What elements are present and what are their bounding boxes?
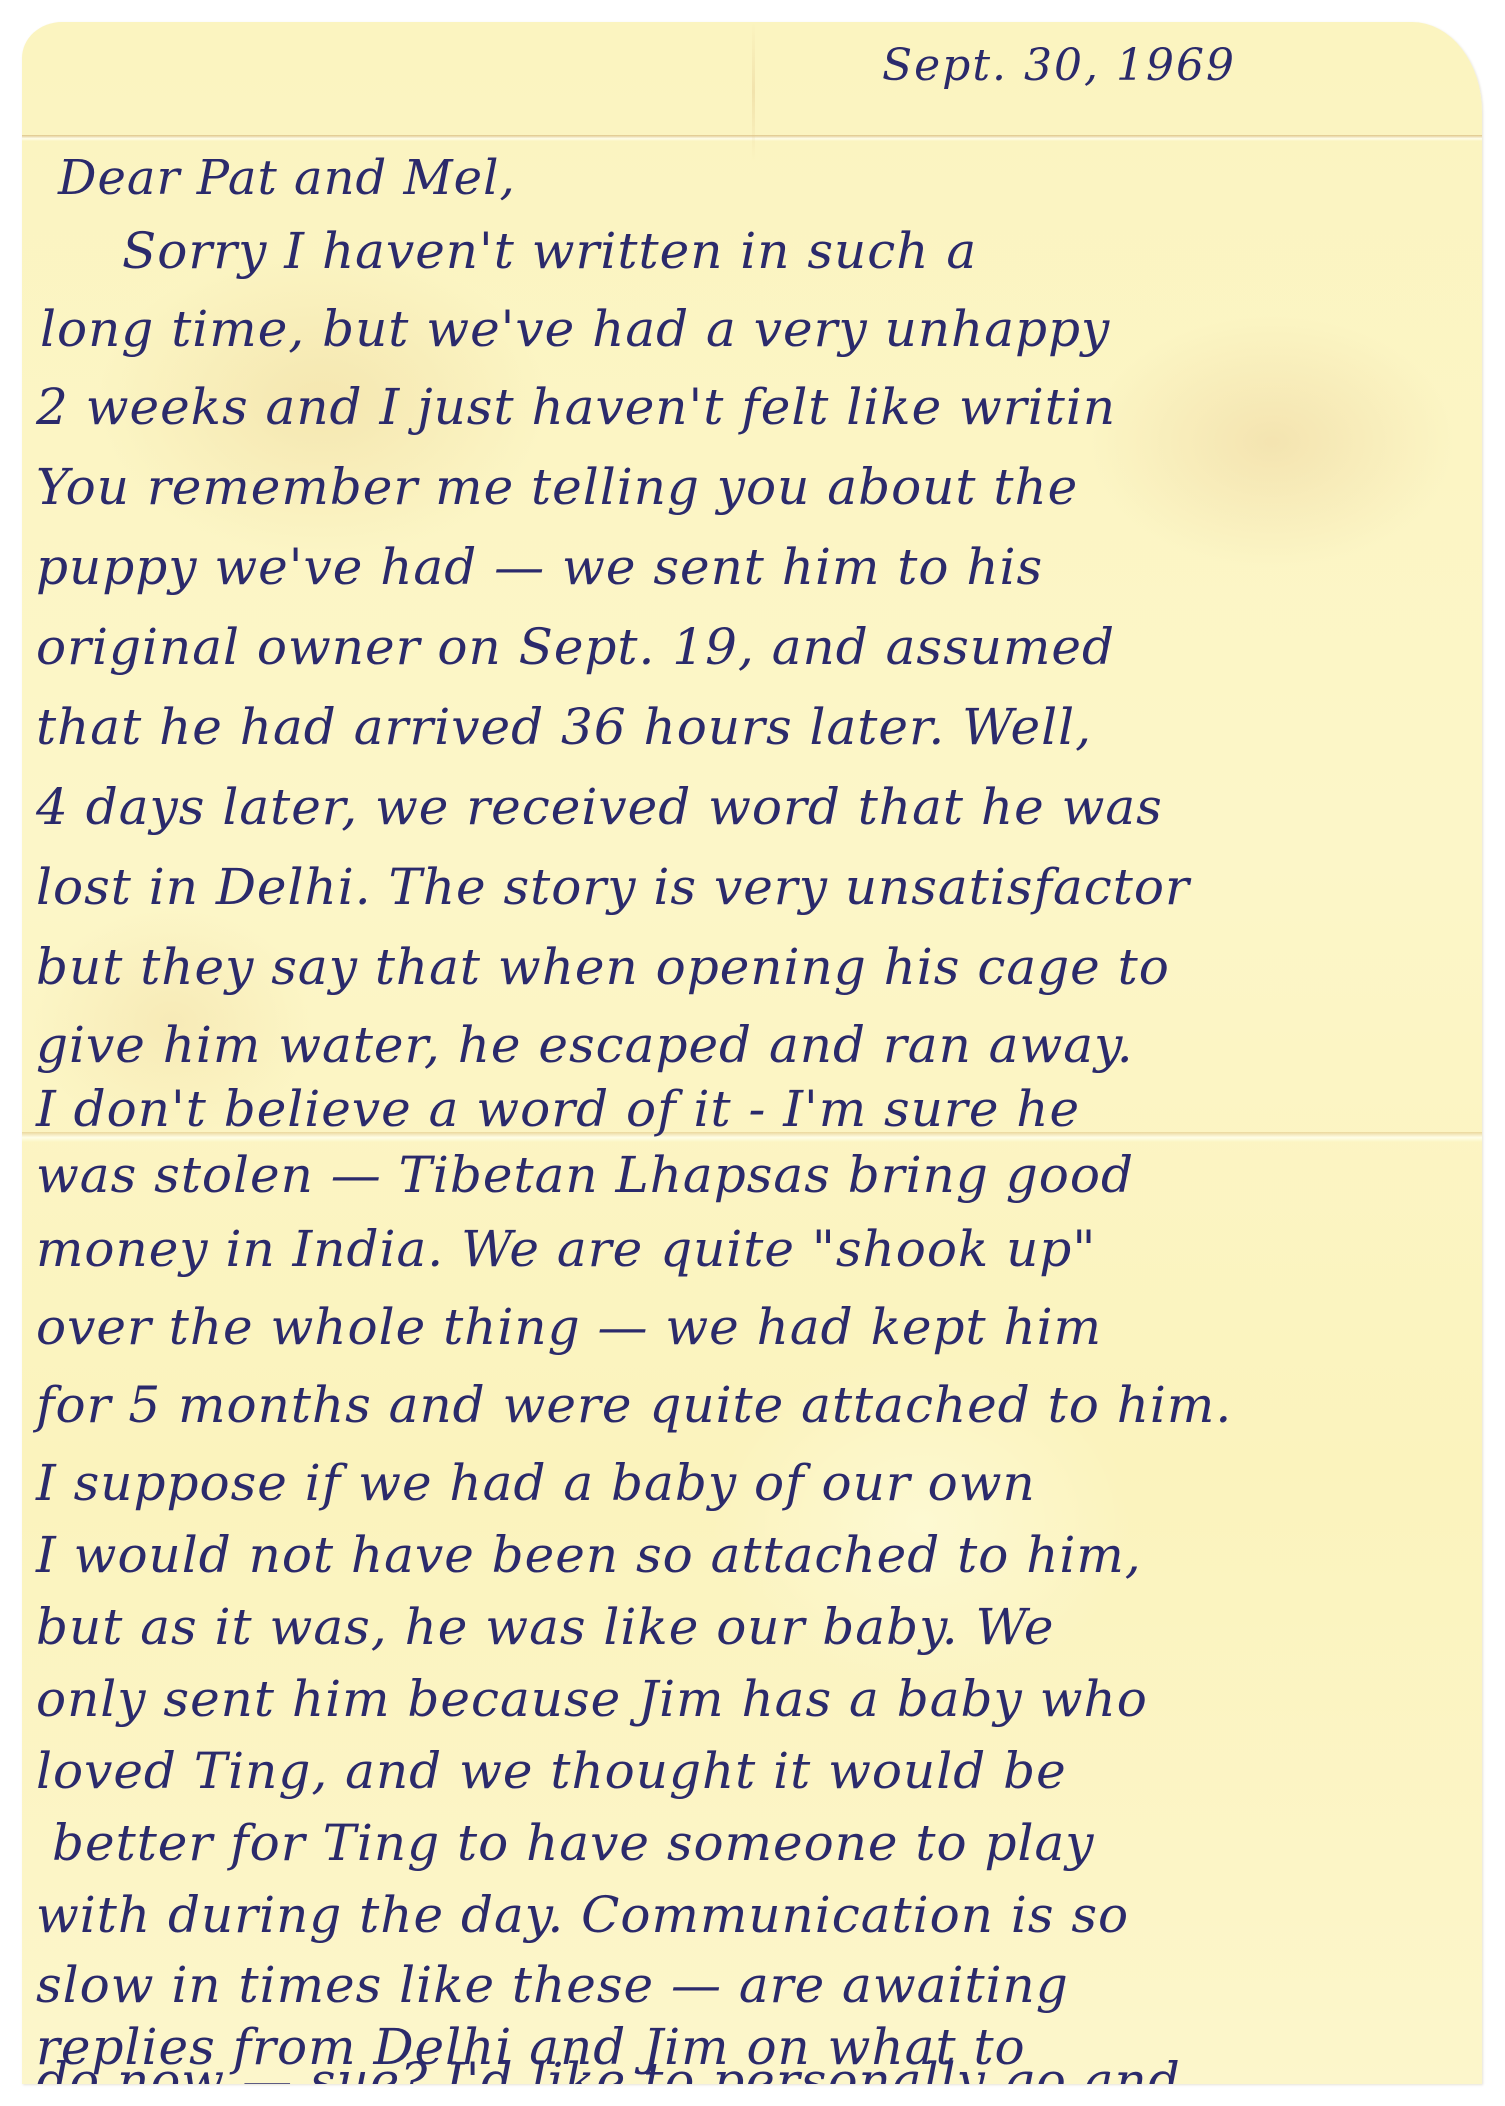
letter-line-12: I don't believe a word of it - I'm sure …: [36, 1080, 1080, 1138]
letter-line-7: that he had arrived 36 hours later. Well…: [36, 698, 1092, 756]
letter-line-16: for 5 months and were quite attached to …: [36, 1376, 1232, 1434]
letter-line-26: do now — sue? I'd like to personally go …: [36, 2052, 1181, 2084]
letter-line-6: original owner on Sept. 19, and assumed: [36, 618, 1115, 676]
letter-line-20: only sent him because Jim has a baby who: [36, 1670, 1148, 1728]
letter-line-17: I suppose if we had a baby of our own: [36, 1454, 1036, 1512]
paper-surface: Sept. 30, 1969 Dear Pat and Mel, Sorry I…: [22, 22, 1482, 2084]
letter-line-15: over the whole thing — we had kept him: [36, 1298, 1102, 1356]
letter-line-14: money in India. We are quite "shook up": [36, 1220, 1096, 1278]
letter-line-18: I would not have been so attached to him…: [36, 1526, 1142, 1584]
letter-line-2: long time, but we've had a very unhappy: [40, 300, 1110, 358]
letter-line-10: but they say that when opening his cage …: [36, 938, 1170, 996]
letter-line-19: but as it was, he was like our baby. We: [36, 1598, 1054, 1656]
letter-salutation: Dear Pat and Mel,: [58, 150, 516, 206]
letter-line-5: puppy we've had — we sent him to his: [36, 538, 1043, 596]
letter-page: Sept. 30, 1969 Dear Pat and Mel, Sorry I…: [22, 22, 1482, 2084]
letter-line-22: better for Ting to have someone to play: [52, 1814, 1095, 1872]
letter-line-8: 4 days later, we received word that he w…: [36, 778, 1163, 836]
crease-vertical: [752, 22, 755, 162]
letter-line-1: Sorry I haven't written in such a: [122, 222, 977, 280]
letter-line-13: was stolen — Tibetan Lhapsas bring good: [36, 1146, 1134, 1204]
letter-line-9: lost in Delhi. The story is very unsatis…: [36, 858, 1190, 916]
letter-line-11: give him water, he escaped and ran away.: [36, 1016, 1134, 1074]
letter-line-23: with during the day. Communication is so: [36, 1886, 1129, 1944]
letter-line-21: loved Ting, and we thought it would be: [36, 1742, 1067, 1800]
letter-line-3: 2 weeks and I just haven't felt like wri…: [36, 378, 1116, 436]
letter-date: Sept. 30, 1969: [882, 40, 1236, 91]
letter-line-4: You remember me telling you about the: [36, 458, 1078, 516]
letter-line-24: slow in times like these — are awaiting: [36, 1956, 1069, 2014]
